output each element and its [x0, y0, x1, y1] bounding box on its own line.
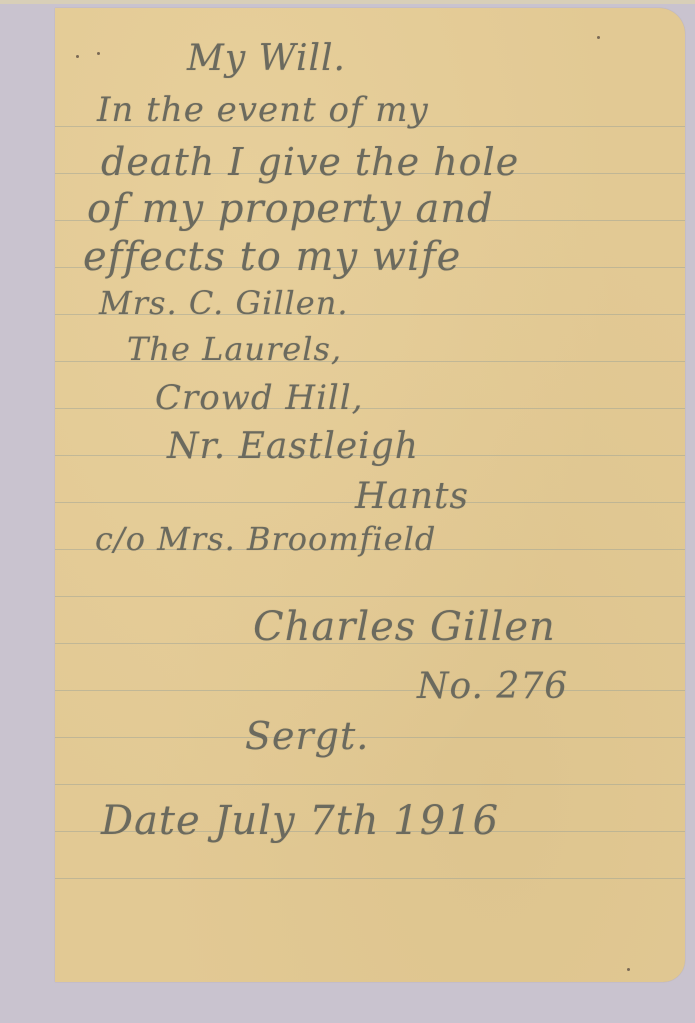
address-line: Crowd Hill,: [155, 378, 364, 418]
service-number: No. 276: [417, 666, 568, 707]
paper-speck: [627, 968, 630, 971]
paper-speck: [597, 36, 600, 39]
date-line: Date July 7th 1916: [101, 798, 499, 844]
paper-speck: [76, 55, 79, 58]
address-line: The Laurels,: [127, 330, 342, 368]
will-paper-sheet: My Will. In the event of my death I give…: [55, 8, 685, 982]
rule-line: [55, 737, 685, 738]
will-text-line: In the event of my: [97, 90, 429, 130]
care-of-line: c/o Mrs. Broomfield: [95, 520, 436, 558]
rule-line: [55, 784, 685, 785]
will-text-line: effects to my wife: [83, 234, 461, 280]
rule-line: [55, 690, 685, 691]
signature: Charles Gillen: [253, 604, 556, 650]
will-title: My Will.: [187, 38, 346, 79]
will-text-line: death I give the hole: [101, 140, 519, 184]
address-line: Nr. Eastleigh: [167, 426, 419, 467]
paper-speck: [97, 52, 100, 55]
rule-line: [55, 408, 685, 409]
will-text-line: of my property and: [87, 186, 494, 232]
scan-top-edge: [0, 0, 695, 4]
rule-line: [55, 596, 685, 597]
rank: Sergt.: [245, 714, 369, 758]
beneficiary-name: Mrs. C. Gillen.: [99, 284, 349, 322]
rule-line: [55, 878, 685, 879]
address-line: Hants: [355, 476, 469, 517]
